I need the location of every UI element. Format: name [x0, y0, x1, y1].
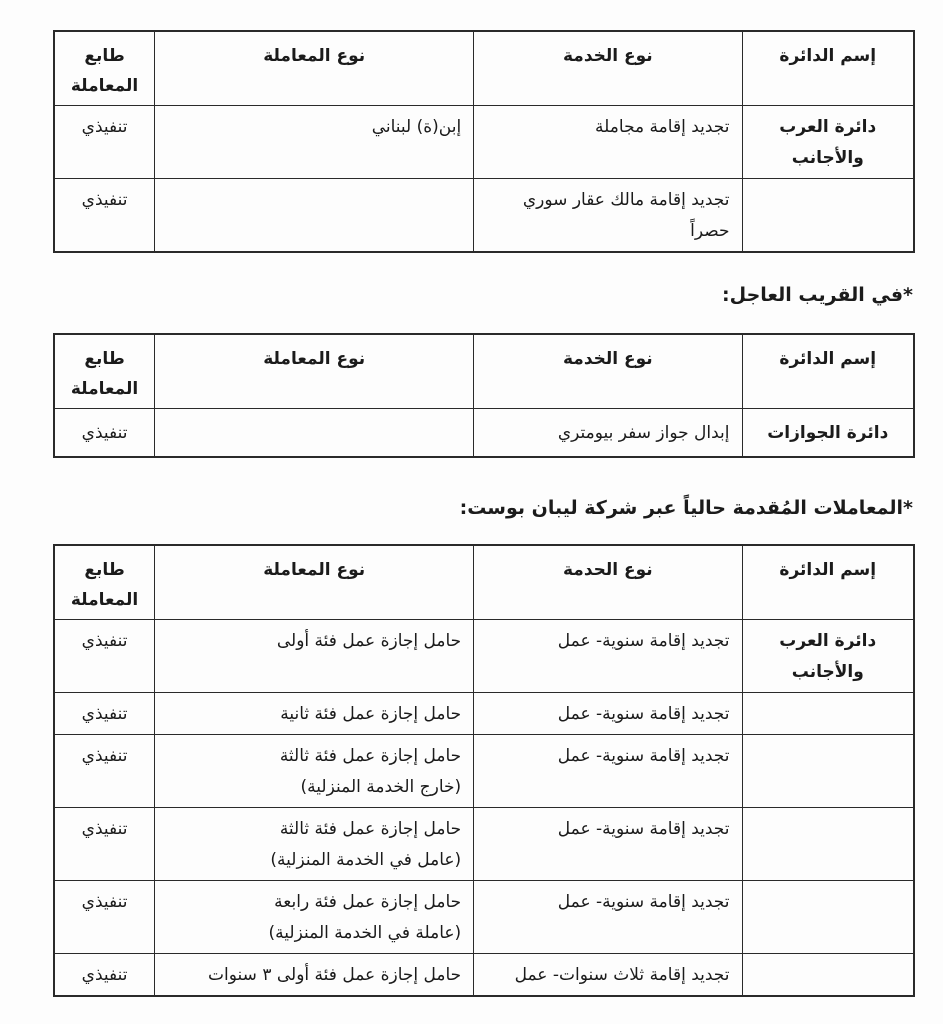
table-cell: تجديد إقامة سنوية- عمل [474, 881, 742, 954]
table-cell: إبن(ة) لبناني [155, 106, 474, 179]
table-row: دائرة الجوازاتإبدال جواز سفر بيومتريتنفي… [54, 409, 914, 458]
table-row: تجديد إقامة مالك عقار سوري حصراًتنفيذي [54, 179, 914, 253]
table-cell: تجديد إقامة مجاملة [474, 106, 742, 179]
column-header: نوع المعاملة [155, 545, 474, 620]
table-header-row: إسم الدائرةنوع الحدمةنوع المعاملةطابع ال… [54, 545, 914, 620]
table-cell: تنفيذي [54, 808, 155, 881]
table-cell: دائرة الجوازات [742, 409, 914, 458]
table-row: تجديد إقامة ثلاث سنوات- عملحامل إجازة عم… [54, 954, 914, 997]
column-header: إسم الدائرة [742, 545, 914, 620]
column-header: إسم الدائرة [742, 334, 914, 409]
table-row: تجديد إقامة سنوية- عملحامل إجازة عمل فئة… [54, 735, 914, 808]
table-cell [742, 179, 914, 253]
table-row: تجديد إقامة سنوية- عملحامل إجازة عمل فئة… [54, 808, 914, 881]
column-header: طابع المعاملة [54, 31, 155, 106]
table-row: دائرة العرب والأجانبتجديد إقامة مجاملةإب… [54, 106, 914, 179]
table-cell: تنفيذي [54, 735, 155, 808]
table-cell: حامل إجازة عمل فئة رابعة (عاملة في الخدم… [155, 881, 474, 954]
table-row: تجديد إقامة سنوية- عملحامل إجازة عمل فئة… [54, 693, 914, 735]
table-cell: تنفيذي [54, 179, 155, 253]
table-cell: تنفيذي [54, 954, 155, 997]
section-heading-soon: *في القريب العاجل: [53, 281, 913, 309]
current-services-table: إسم الدائرةنوع الخدمةنوع المعاملةطابع ال… [53, 30, 915, 253]
table-cell [742, 954, 914, 997]
section-heading-libanpost: *المعاملات المُقدمة حالياً عبر شركة ليبا… [53, 494, 913, 522]
table-cell: تجديد إقامة سنوية- عمل [474, 808, 742, 881]
table-cell: تنفيذي [54, 409, 155, 458]
table-header-row: إسم الدائرةنوع الخدمةنوع المعاملةطابع ال… [54, 31, 914, 106]
table-cell [742, 693, 914, 735]
table-row: تجديد إقامة سنوية- عملحامل إجازة عمل فئة… [54, 881, 914, 954]
column-header: نوع الحدمة [474, 545, 742, 620]
coming-soon-services-table: إسم الدائرةنوع الخدمةنوع المعاملةطابع ال… [53, 333, 915, 458]
libanpost-services-table: إسم الدائرةنوع الحدمةنوع المعاملةطابع ال… [53, 544, 915, 997]
table-cell: تجديد إقامة ثلاث سنوات- عمل [474, 954, 742, 997]
table-cell: تجديد إقامة سنوية- عمل [474, 693, 742, 735]
table-cell: حامل إجازة عمل فئة أولى [155, 620, 474, 693]
table-cell: حامل إجازة عمل فئة ثالثة (عامل في الخدمة… [155, 808, 474, 881]
column-header: نوع المعاملة [155, 334, 474, 409]
table-cell: دائرة العرب والأجانب [742, 106, 914, 179]
table-cell [742, 881, 914, 954]
table-cell [155, 409, 474, 458]
table-cell: تجديد إقامة سنوية- عمل [474, 735, 742, 808]
table-cell: حامل إجازة عمل فئة أولى ٣ سنوات [155, 954, 474, 997]
table-cell: تنفيذي [54, 693, 155, 735]
table-row: دائرة العرب والأجانبتجديد إقامة سنوية- ع… [54, 620, 914, 693]
table-cell [742, 735, 914, 808]
table-cell: تجديد إقامة مالك عقار سوري حصراً [474, 179, 742, 253]
column-header: إسم الدائرة [742, 31, 914, 106]
table-cell [155, 179, 474, 253]
table-cell [742, 808, 914, 881]
column-header: طابع المعاملة [54, 334, 155, 409]
table-cell: دائرة العرب والأجانب [742, 620, 914, 693]
table-cell: إبدال جواز سفر بيومتري [474, 409, 742, 458]
column-header: نوع الخدمة [474, 334, 742, 409]
table-cell: تنفيذي [54, 620, 155, 693]
column-header: طابع المعاملة [54, 545, 155, 620]
table-cell: حامل إجازة عمل فئة ثالثة (خارج الخدمة ال… [155, 735, 474, 808]
table-cell: تنفيذي [54, 881, 155, 954]
table-cell: تنفيذي [54, 106, 155, 179]
table-cell: تجديد إقامة سنوية- عمل [474, 620, 742, 693]
column-header: نوع المعاملة [155, 31, 474, 106]
table-cell: حامل إجازة عمل فئة ثانية [155, 693, 474, 735]
document-page: إسم الدائرةنوع الخدمةنوع المعاملةطابع ال… [0, 0, 943, 1024]
column-header: نوع الخدمة [474, 31, 742, 106]
table-header-row: إسم الدائرةنوع الخدمةنوع المعاملةطابع ال… [54, 334, 914, 409]
